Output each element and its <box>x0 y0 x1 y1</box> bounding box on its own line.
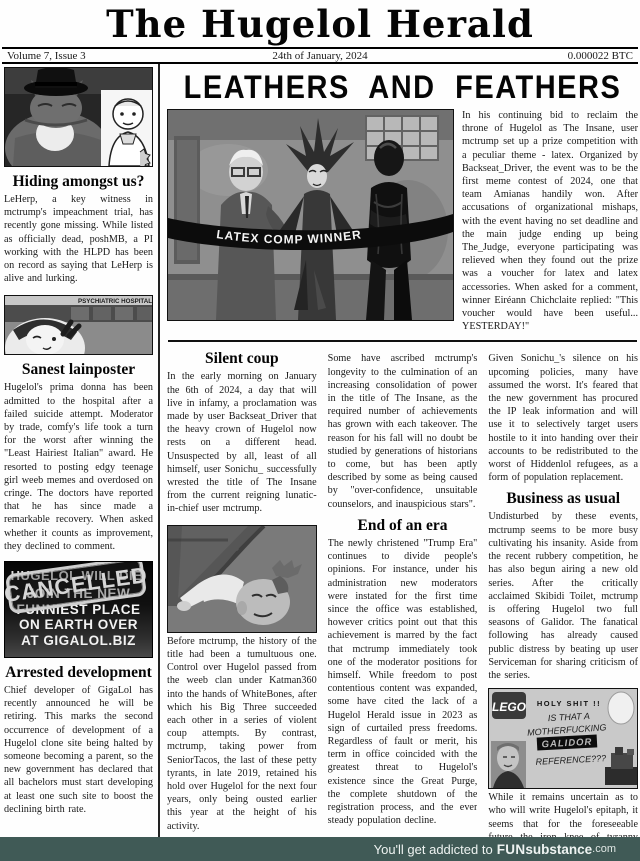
gigalol-ad: HUGELOL WILL DIE. JOIN THE NEW FUNNIEST … <box>4 561 153 658</box>
masthead-title: The Hugelol Herald <box>0 3 640 45</box>
issue-volume: Volume 7, Issue 3 <box>7 50 86 62</box>
latex-comp-illustration: LATEX COMP WINNER <box>168 110 453 320</box>
article-sanest-body: Hugelol's prima donna has been admitted … <box>4 381 153 553</box>
article-business-as-usual: Undisturbed by these events, mctrump see… <box>488 510 638 682</box>
anime-girl-bus-illustration: PSYCHIATRIC HOSPITAL <box>5 296 153 354</box>
article-lead-body: In his continuing bid to reclaim the thr… <box>462 109 638 333</box>
headline-business-as-usual: Business as usual <box>488 490 638 508</box>
funsubstance-brand-com: .com <box>592 843 616 855</box>
galidor-meme-photo: LEGO HOLY SHIT !! IS THAT A MOTHERFUCKIN… <box>488 688 638 789</box>
headline-sanest-lainposter: Sanest lainposter <box>4 361 153 379</box>
funsubstance-bar: You'll get addicted toFUNsubstance.com <box>0 837 640 861</box>
headline-arrested-development: Arrested development <box>4 664 153 682</box>
issue-infobar: Volume 7, Issue 3 24th of January, 2024 … <box>2 47 638 64</box>
fallen-cartoon-illustration <box>168 526 317 632</box>
funsubstance-tagline: You'll get addicted to <box>374 842 493 857</box>
column-business-as-usual: Given Sonichu_'s silence on his upcoming… <box>488 344 638 837</box>
fallen-cartoon-photo <box>167 525 317 633</box>
cat-fedora-illustration <box>5 68 153 166</box>
column-end-of-era: Some have ascribed mctrump's longevity t… <box>328 344 478 837</box>
masthead: The Hugelol Herald Volume 7, Issue 3 24t… <box>0 0 640 64</box>
funsubstance-brand-fun: FUN <box>497 842 526 857</box>
issue-price: 0.000022 BTC <box>568 50 633 62</box>
article-epitaph: While it remains uncertain as to who wil… <box>488 791 638 837</box>
funsubstance-brand-substance: substance <box>525 842 592 857</box>
article-arrested-body: Chief developer of GigaLol has recently … <box>4 684 153 816</box>
section-divider <box>168 340 637 342</box>
headline-end-of-an-era: End of an era <box>328 517 478 535</box>
article-sonichu-silence: Given Sonichu_'s silence on his upcoming… <box>488 352 638 484</box>
main-headline: LEATHERS AND FEATHERS <box>167 69 638 107</box>
headline-silent-coup: Silent coup <box>167 350 317 368</box>
content-columns: Hiding amongst us? LeHerp, a key witness… <box>0 64 640 837</box>
lead-story-row: LATEX COMP WINNER In his continuing bid … <box>167 109 638 333</box>
article-consolidation: Some have ascribed mctrump's longevity t… <box>328 352 478 510</box>
lego-logo-text: LEGO <box>492 700 527 714</box>
cat-fedora-photo <box>4 67 153 167</box>
newspaper-page: The Hugelol Herald Volume 7, Issue 3 24t… <box>0 0 640 861</box>
article-silent-coup-2: Before mctrump, the history of the title… <box>167 635 317 833</box>
article-end-of-era: The newly christened "Trump Era" continu… <box>328 537 478 827</box>
latex-comp-photo: LATEX COMP WINNER <box>167 109 454 321</box>
meme-line-holy-shit: HOLY SHIT !! <box>537 699 601 708</box>
main-area: LEATHERS AND FEATHERS <box>160 64 638 837</box>
galidor-meme-illustration: LEGO HOLY SHIT !! IS THAT A MOTHERFUCKIN… <box>489 689 638 788</box>
psychiatric-hospital-photo: PSYCHIATRIC HOSPITAL <box>4 295 153 355</box>
article-hiding-body: LeHerp, a key witness in mctrump's impea… <box>4 193 153 285</box>
psychiatric-hospital-label: PSYCHIATRIC HOSPITAL <box>78 298 152 305</box>
column-silent-coup: Silent coup In the early morning on Janu… <box>167 344 317 837</box>
article-silent-coup-1: In the early morning on January the 6th … <box>167 370 317 515</box>
lead-story-text: In his continuing bid to reclaim the thr… <box>454 109 638 333</box>
bottom-columns: Silent coup In the early morning on Janu… <box>167 344 638 837</box>
headline-hiding-amongst-us: Hiding amongst us? <box>4 173 153 191</box>
issue-date: 24th of January, 2024 <box>2 50 638 62</box>
left-column: Hiding amongst us? LeHerp, a key witness… <box>2 64 160 837</box>
